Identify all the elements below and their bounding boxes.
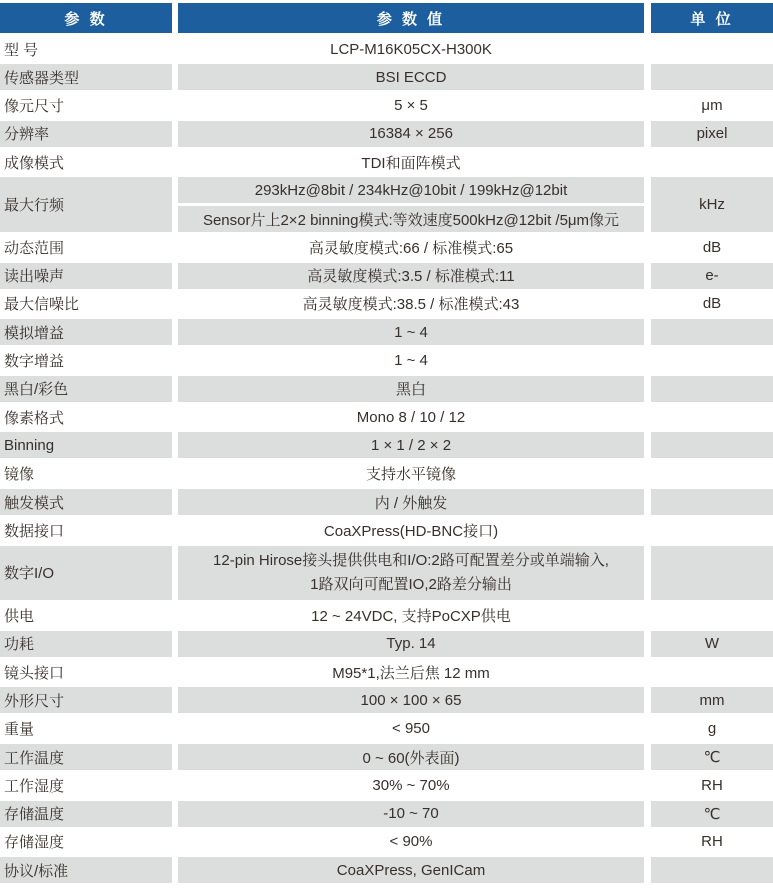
unit-cell: pixel	[651, 121, 773, 147]
table-row-dynamic-range: 动态范围 高灵敏度模式:66 / 标准模式:65 dB	[0, 234, 773, 260]
unit-cell	[651, 319, 773, 345]
table-row-protocol-standard: 协议/标准 CoaXPress, GenICam	[0, 857, 773, 883]
value-cell: 16384 × 256	[178, 121, 644, 147]
spec-table: 参 数 参 数 值 单 位 型 号 LCP-M16K05CX-H300K 传感器…	[0, 0, 773, 883]
value-cell: LCP-M16K05CX-H300K	[178, 36, 644, 62]
table-row-mono-color: 黑白/彩色 黑白	[0, 376, 773, 402]
param-cell: 最大行频	[0, 177, 172, 232]
param-cell: 数字I/O	[0, 546, 172, 601]
unit-cell	[651, 348, 773, 374]
value-cell: M95*1,法兰后焦 12 mm	[178, 659, 644, 685]
table-row-pixel-size: 像元尺寸 5 × 5 μm	[0, 93, 773, 119]
param-cell: 型 号	[0, 36, 172, 62]
header-value: 参 数 值	[178, 3, 644, 33]
unit-cell	[651, 149, 773, 175]
header-unit: 单 位	[651, 3, 773, 33]
unit-cell: ℃	[651, 744, 773, 770]
unit-cell: ℃	[651, 801, 773, 827]
table-row-model: 型 号 LCP-M16K05CX-H300K	[0, 36, 773, 62]
param-cell: 重量	[0, 716, 172, 742]
value-cell: 100 × 100 × 65	[178, 687, 644, 713]
param-cell: 协议/标准	[0, 857, 172, 883]
param-cell: 存储温度	[0, 801, 172, 827]
param-cell: 数据接口	[0, 517, 172, 543]
table-row-operating-temp: 工作温度 0 ~ 60(外表面) ℃	[0, 744, 773, 770]
table-row-weight: 重量 < 950 g	[0, 716, 773, 742]
value-cell: 高灵敏度模式:3.5 / 标准模式:11	[178, 263, 644, 289]
table-row-imaging-mode: 成像模式 TDI和面阵模式	[0, 149, 773, 175]
table-row-storage-humidity: 存储湿度 < 90% RH	[0, 829, 773, 855]
value-cell: 黑白	[178, 376, 644, 402]
value-cell: 高灵敏度模式:66 / 标准模式:65	[178, 234, 644, 260]
unit-cell: kHz	[651, 177, 773, 232]
unit-cell: e-	[651, 263, 773, 289]
unit-cell	[651, 857, 773, 883]
table-header-row: 参 数 参 数 值 单 位	[0, 3, 773, 33]
value-cell: BSI ECCD	[178, 64, 644, 90]
header-param: 参 数	[0, 3, 172, 33]
table-row-trigger-mode: 触发模式 内 / 外触发	[0, 489, 773, 515]
table-row-pixel-format: 像素格式 Mono 8 / 10 / 12	[0, 404, 773, 430]
param-cell: 成像模式	[0, 149, 172, 175]
table-row-resolution: 分辨率 16384 × 256 pixel	[0, 121, 773, 147]
table-row-analog-gain: 模拟增益 1 ~ 4	[0, 319, 773, 345]
table-row-lens-mount: 镜头接口 M95*1,法兰后焦 12 mm	[0, 659, 773, 685]
unit-cell	[651, 404, 773, 430]
unit-cell: W	[651, 631, 773, 657]
value-cell: Typ. 14	[178, 631, 644, 657]
param-cell: 动态范围	[0, 234, 172, 260]
table-row-digital-gain: 数字增益 1 ~ 4	[0, 348, 773, 374]
param-cell: 模拟增益	[0, 319, 172, 345]
unit-cell: g	[651, 716, 773, 742]
param-cell: 工作温度	[0, 744, 172, 770]
table-row-binning: Binning 1 × 1 / 2 × 2	[0, 432, 773, 458]
table-row-sensor-type: 传感器类型 BSI ECCD	[0, 64, 773, 90]
unit-cell	[651, 36, 773, 62]
param-cell: 像元尺寸	[0, 93, 172, 119]
table-row-mirror: 镜像 支持水平镜像	[0, 461, 773, 487]
value-cell: < 950	[178, 716, 644, 742]
value-subcell: 293kHz@8bit / 234kHz@10bit / 199kHz@12bi…	[178, 177, 644, 203]
param-cell: 像素格式	[0, 404, 172, 430]
table-row-operating-humidity: 工作湿度 30% ~ 70% RH	[0, 772, 773, 798]
param-cell: 传感器类型	[0, 64, 172, 90]
unit-cell	[651, 546, 773, 601]
unit-cell: RH	[651, 772, 773, 798]
value-cell: 内 / 外触发	[178, 489, 644, 515]
param-cell: 功耗	[0, 631, 172, 657]
param-cell: Binning	[0, 432, 172, 458]
value-cell: CoaXPress, GenICam	[178, 857, 644, 883]
param-cell: 分辨率	[0, 121, 172, 147]
value-cell: 5 × 5	[178, 93, 644, 119]
param-cell: 最大信噪比	[0, 291, 172, 317]
param-cell: 镜像	[0, 461, 172, 487]
param-cell: 镜头接口	[0, 659, 172, 685]
unit-cell	[651, 461, 773, 487]
table-row-dimensions: 外形尺寸 100 × 100 × 65 mm	[0, 687, 773, 713]
unit-cell: mm	[651, 687, 773, 713]
table-row-readout-noise: 读出噪声 高灵敏度模式:3.5 / 标准模式:11 e-	[0, 263, 773, 289]
value-cell: TDI和面阵模式	[178, 149, 644, 175]
table-row-digital-io: 数字I/O 12-pin Hirose接头提供供电和I/O:2路可配置差分或单端…	[0, 546, 773, 601]
value-cell: -10 ~ 70	[178, 801, 644, 827]
value-cell: 12 ~ 24VDC, 支持PoCXP供电	[178, 603, 644, 629]
param-cell: 黑白/彩色	[0, 376, 172, 402]
unit-cell	[651, 489, 773, 515]
param-cell: 读出噪声	[0, 263, 172, 289]
table-row-max-snr: 最大信噪比 高灵敏度模式:38.5 / 标准模式:43 dB	[0, 291, 773, 317]
value-cell: 0 ~ 60(外表面)	[178, 744, 644, 770]
value-line: 12-pin Hirose接头提供供电和I/O:2路可配置差分或单端输入,	[213, 549, 609, 573]
unit-cell: μm	[651, 93, 773, 119]
value-cell: 12-pin Hirose接头提供供电和I/O:2路可配置差分或单端输入, 1路…	[178, 546, 644, 601]
value-cell: CoaXPress(HD-BNC接口)	[178, 517, 644, 543]
unit-cell	[651, 603, 773, 629]
param-cell: 存储湿度	[0, 829, 172, 855]
value-cell: < 90%	[178, 829, 644, 855]
value-cell: 1 × 1 / 2 × 2	[178, 432, 644, 458]
value-line: 1路双向可配置IO,2路差分输出	[310, 573, 512, 597]
value-subcell: Sensor片上2×2 binning模式:等效速度500kHz@12bit /…	[178, 206, 644, 232]
table-row-power-consumption: 功耗 Typ. 14 W	[0, 631, 773, 657]
value-cell: 1 ~ 4	[178, 348, 644, 374]
value-cell: 293kHz@8bit / 234kHz@10bit / 199kHz@12bi…	[178, 177, 644, 232]
unit-cell: dB	[651, 234, 773, 260]
unit-cell: dB	[651, 291, 773, 317]
param-cell: 触发模式	[0, 489, 172, 515]
unit-cell	[651, 376, 773, 402]
unit-cell	[651, 517, 773, 543]
param-cell: 供电	[0, 603, 172, 629]
param-cell: 外形尺寸	[0, 687, 172, 713]
table-row-max-line-rate: 最大行频 293kHz@8bit / 234kHz@10bit / 199kHz…	[0, 177, 773, 232]
value-cell: Mono 8 / 10 / 12	[178, 404, 644, 430]
table-row-power-supply: 供电 12 ~ 24VDC, 支持PoCXP供电	[0, 603, 773, 629]
value-cell: 30% ~ 70%	[178, 772, 644, 798]
table-row-storage-temp: 存储温度 -10 ~ 70 ℃	[0, 801, 773, 827]
unit-cell	[651, 432, 773, 458]
value-cell: 1 ~ 4	[178, 319, 644, 345]
param-cell: 数字增益	[0, 348, 172, 374]
value-cell: 支持水平镜像	[178, 461, 644, 487]
unit-cell	[651, 659, 773, 685]
unit-cell: RH	[651, 829, 773, 855]
table-row-data-interface: 数据接口 CoaXPress(HD-BNC接口)	[0, 517, 773, 543]
value-cell: 高灵敏度模式:38.5 / 标准模式:43	[178, 291, 644, 317]
param-cell: 工作湿度	[0, 772, 172, 798]
unit-cell	[651, 64, 773, 90]
